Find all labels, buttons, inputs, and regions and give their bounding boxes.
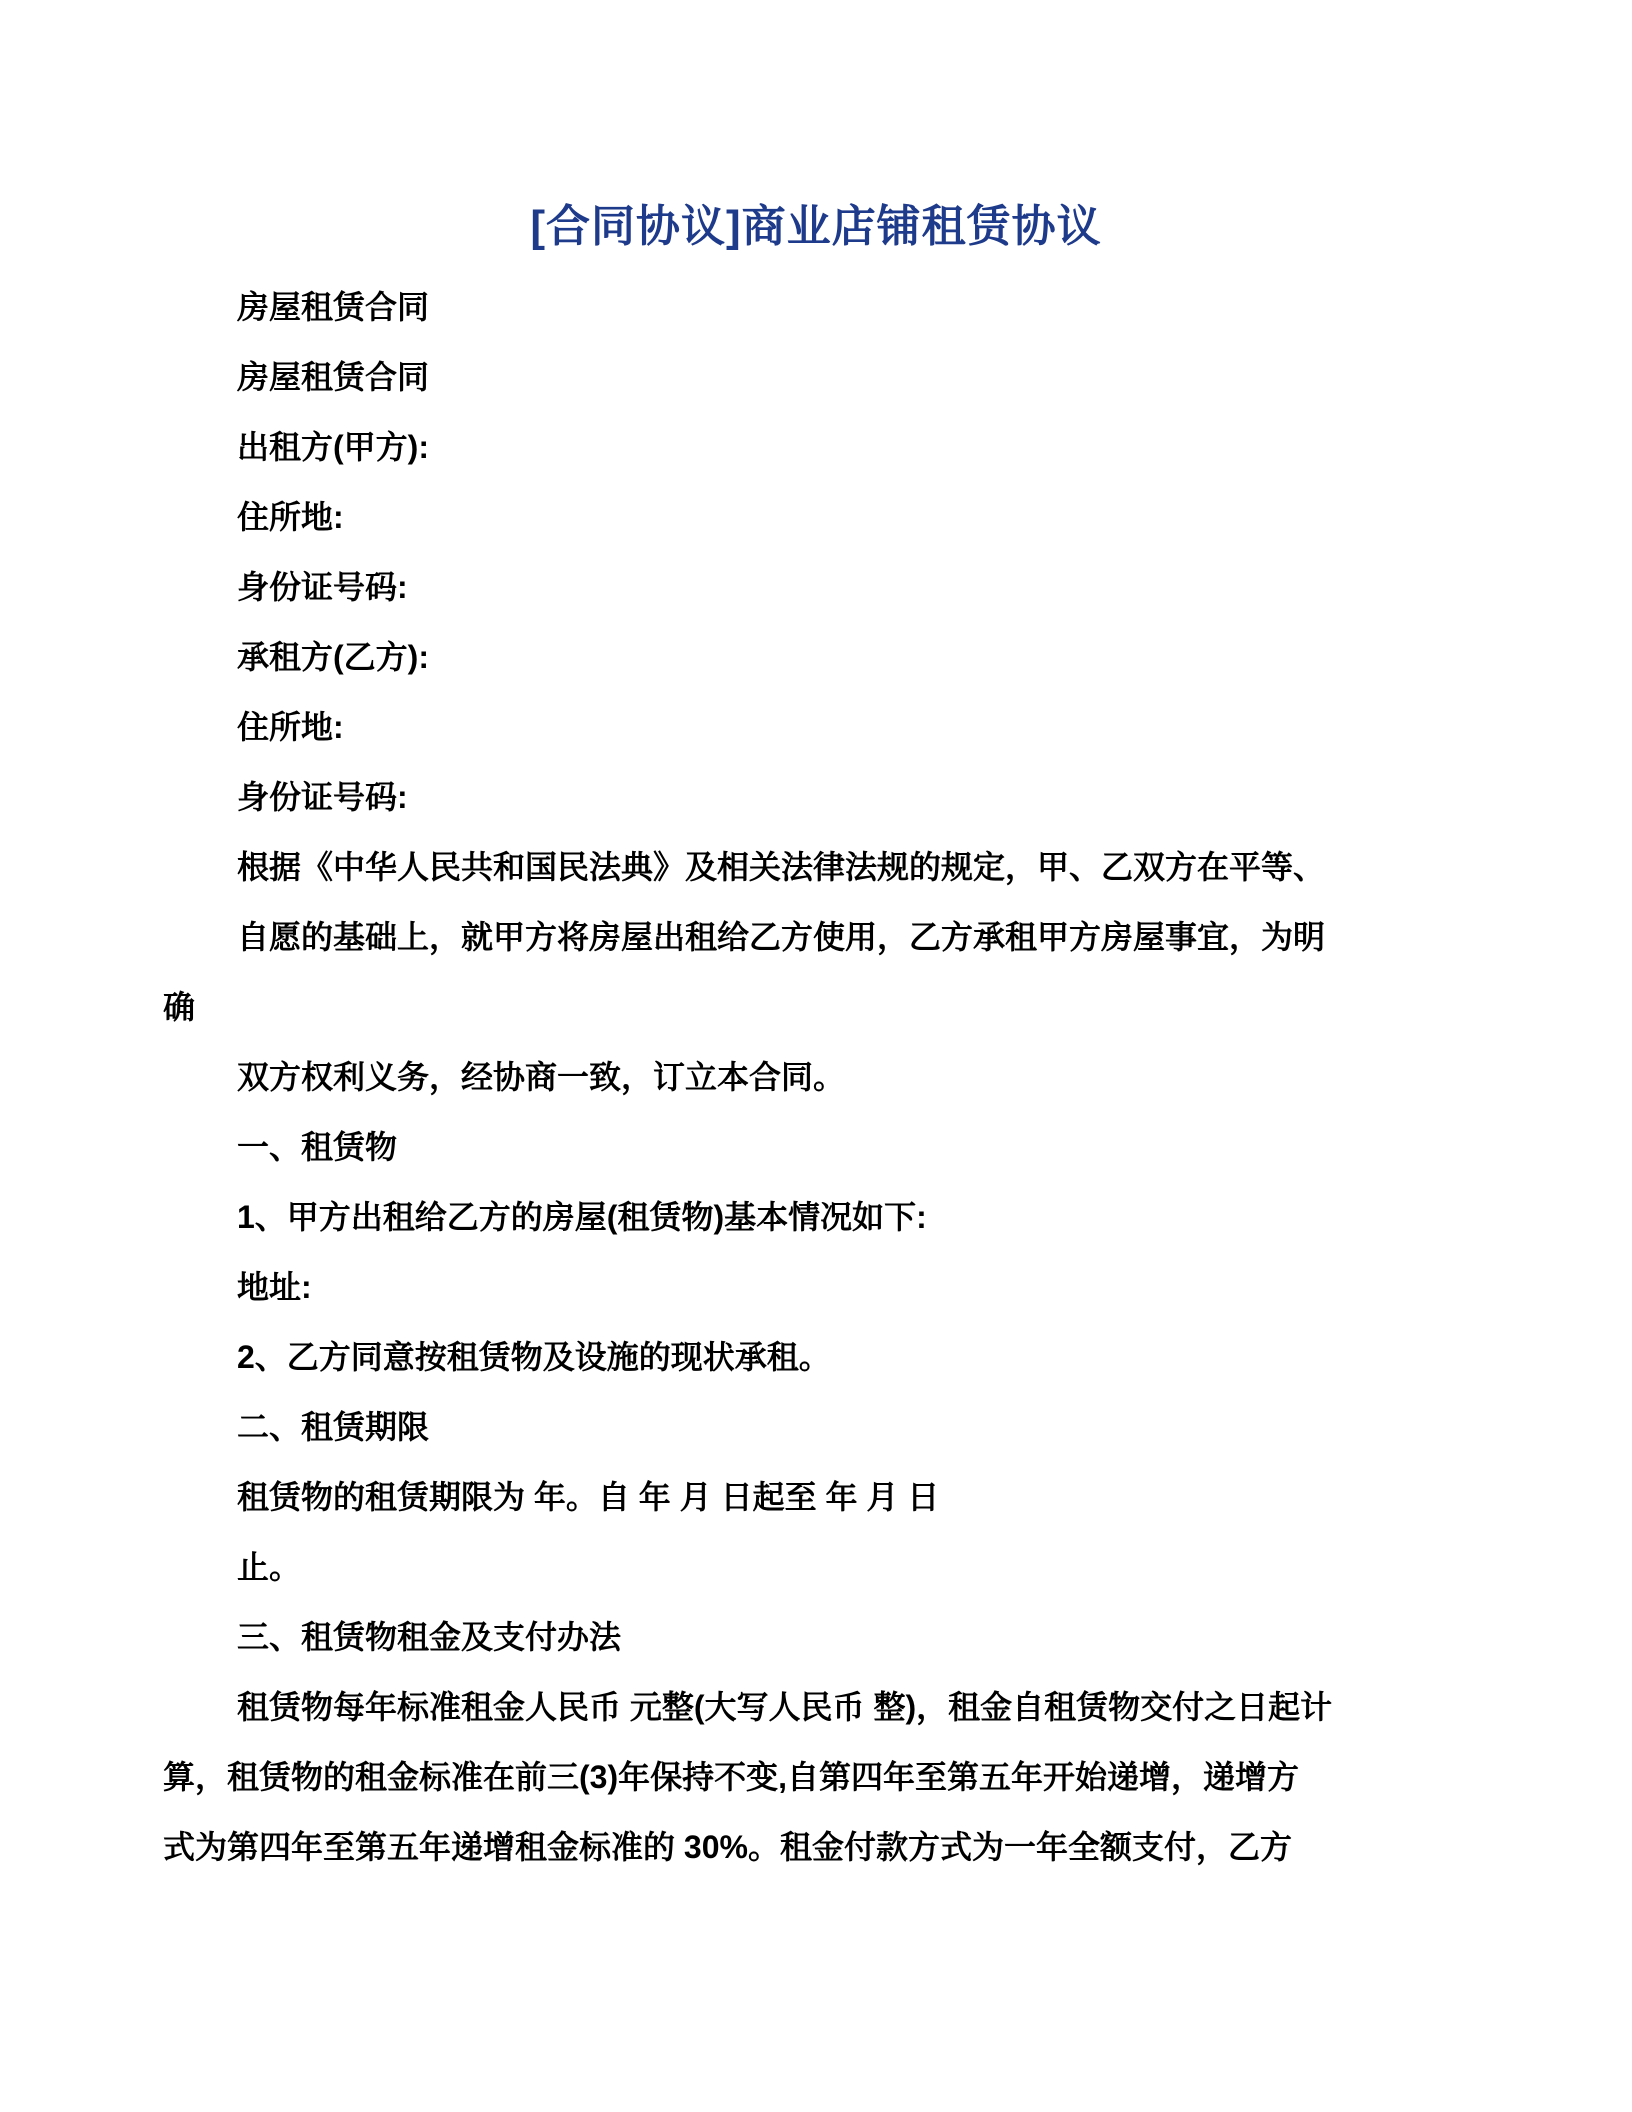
- text-line: 双方权利义务，经协商一致，订立本合同。: [163, 1042, 1492, 1112]
- text-line: 确: [163, 972, 1492, 1042]
- text-line: 身份证号码:: [163, 762, 1492, 832]
- document-body: 房屋租赁合同房屋租赁合同出租方(甲方):住所地:身份证号码:承租方(乙方):住所…: [163, 272, 1492, 1882]
- document-page: [合同协议]商业店铺租赁协议 房屋租赁合同房屋租赁合同出租方(甲方):住所地:身…: [0, 0, 1632, 2112]
- text-line: 一、租赁物: [163, 1112, 1492, 1182]
- text-line: 出租方(甲方):: [163, 412, 1492, 482]
- text-line: 租赁物的租赁期限为 年。自 年 月 日起至 年 月 日: [163, 1462, 1492, 1532]
- text-line: 二、租赁期限: [163, 1392, 1492, 1462]
- text-line: 止。: [163, 1532, 1492, 1602]
- text-line: 房屋租赁合同: [163, 272, 1492, 342]
- text-line: 身份证号码:: [163, 552, 1492, 622]
- text-line: 式为第四年至第五年递增租金标准的 30%。租金付款方式为一年全额支付，乙方: [163, 1812, 1492, 1882]
- text-line: 自愿的基础上，就甲方将房屋出租给乙方使用，乙方承租甲方房屋事宜，为明: [163, 902, 1492, 972]
- text-line: 1、甲方出租给乙方的房屋(租赁物)基本情况如下:: [163, 1182, 1492, 1252]
- text-line: 地址:: [163, 1252, 1492, 1322]
- text-line: 三、租赁物租金及支付办法: [163, 1602, 1492, 1672]
- text-line: 算，租赁物的租金标准在前三(3)年保持不变,自第四年至第五年开始递增，递增方: [163, 1742, 1492, 1812]
- document-title: [合同协议]商业店铺租赁协议: [0, 190, 1632, 254]
- text-line: 房屋租赁合同: [163, 342, 1492, 412]
- text-line: 住所地:: [163, 692, 1492, 762]
- text-line: 承租方(乙方):: [163, 622, 1492, 692]
- text-line: 租赁物每年标准租金人民币 元整(大写人民币 整)，租金自租赁物交付之日起计: [163, 1672, 1492, 1742]
- text-line: 根据《中华人民共和国民法典》及相关法律法规的规定，甲、乙双方在平等、: [163, 832, 1492, 902]
- text-line: 2、乙方同意按租赁物及设施的现状承租。: [163, 1322, 1492, 1392]
- text-line: 住所地:: [163, 482, 1492, 552]
